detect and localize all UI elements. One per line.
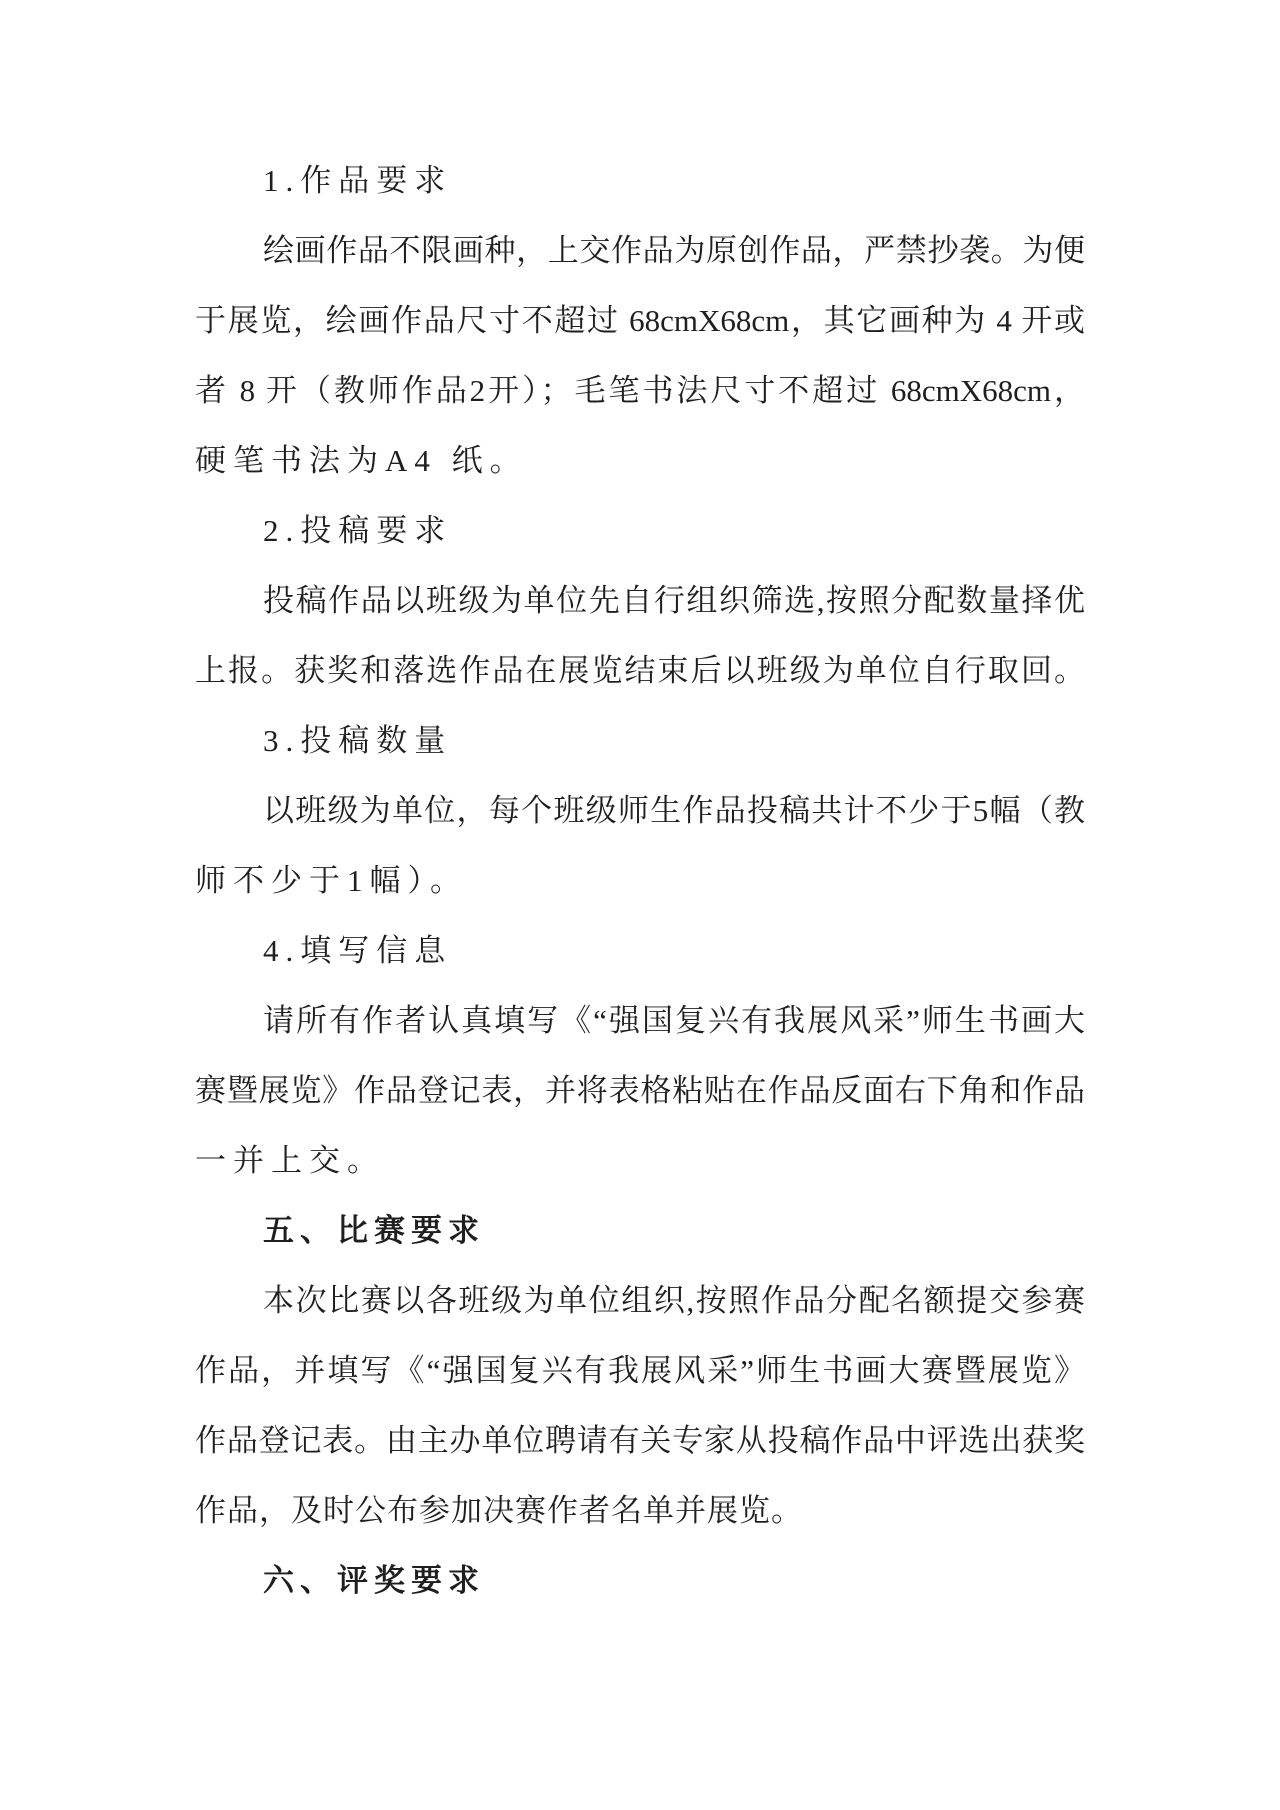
paragraph-line: 作品登记表。由主办单位聘请有关专家从投稿作品中评选出获奖 xyxy=(195,1406,1085,1476)
paragraph-line: 请所有作者认真填写《“强国复兴有我展风采”师生书画大 xyxy=(195,986,1085,1056)
paragraph-line: 作品，并填写《“强国复兴有我展风采”师生书画大赛暨展览》 xyxy=(195,1336,1085,1406)
document-text-block: 1.作品要求 绘画作品不限画种，上交作品为原创作品，严禁抄袭。为便 于展览，绘画… xyxy=(195,146,1085,1616)
paragraph-line: 者 8 开（教师作品2开）；毛笔书法尺寸不超过 68cmX68cm， xyxy=(195,356,1085,426)
section-heading-6: 六、评奖要求 xyxy=(195,1546,1085,1616)
subsection-heading-1: 1.作品要求 xyxy=(195,146,1085,216)
subsection-heading-3: 3.投稿数量 xyxy=(195,706,1085,776)
paragraph-line: 于展览，绘画作品尺寸不超过 68cmX68cm，其它画种为 4 开或 xyxy=(195,286,1085,356)
document-page: 1.作品要求 绘画作品不限画种，上交作品为原创作品，严禁抄袭。为便 于展览，绘画… xyxy=(0,0,1280,1810)
paragraph-line: 本次比赛以各班级为单位组织,按照作品分配名额提交参赛 xyxy=(195,1266,1085,1336)
section-heading-5: 五、比赛要求 xyxy=(195,1196,1085,1266)
paragraph-line: 绘画作品不限画种，上交作品为原创作品，严禁抄袭。为便 xyxy=(195,216,1085,286)
paragraph-line: 投稿作品以班级为单位先自行组织筛选,按照分配数量择优 xyxy=(195,566,1085,636)
paragraph-line: 赛暨展览》作品登记表，并将表格粘贴在作品反面右下角和作品 xyxy=(195,1056,1085,1126)
paragraph-line: 以班级为单位，每个班级师生作品投稿共计不少于5幅（教 xyxy=(195,776,1085,846)
paragraph-line: 作品，及时公布参加决赛作者名单并展览。 xyxy=(195,1476,1085,1546)
paragraph-line: 一并上交。 xyxy=(195,1126,1085,1196)
paragraph-line: 硬笔书法为A4 纸。 xyxy=(195,426,1085,496)
subsection-heading-4: 4.填写信息 xyxy=(195,916,1085,986)
subsection-heading-2: 2.投稿要求 xyxy=(195,496,1085,566)
paragraph-line: 上报。获奖和落选作品在展览结束后以班级为单位自行取回。 xyxy=(195,636,1085,706)
paragraph-line: 师不少于1幅）。 xyxy=(195,846,1085,916)
